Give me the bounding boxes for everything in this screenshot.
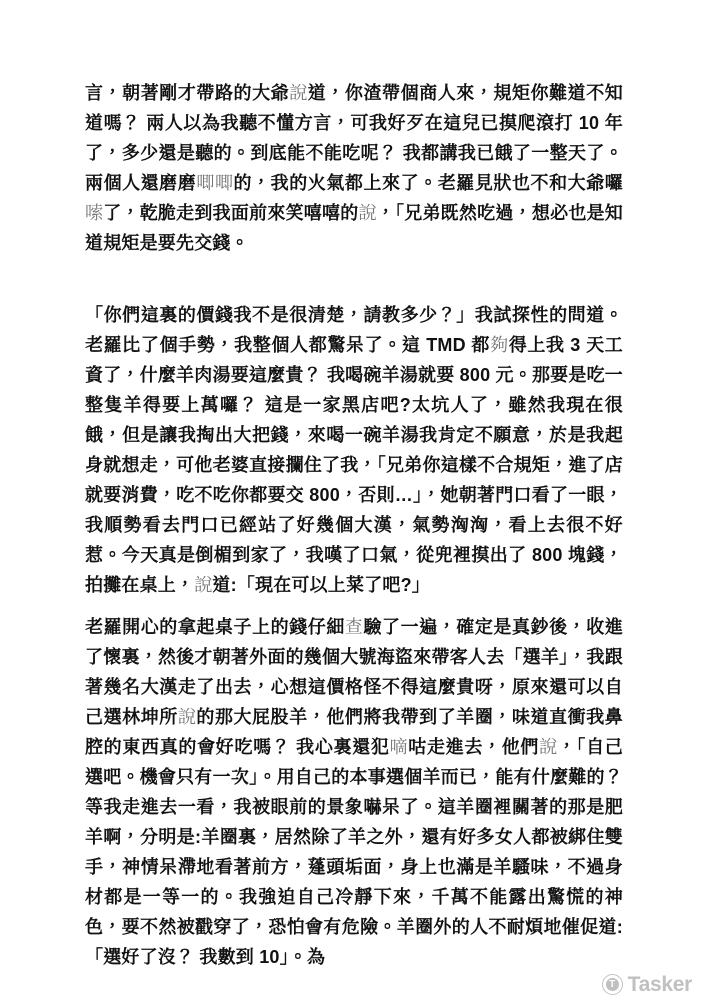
text-segment: 得上我 3 天工資了，什麼羊肉湯要這麼貴？ 我喝碗羊湯就要 800 元。那要是吃… <box>85 335 623 595</box>
text-segment-fallback-font: 說 <box>194 575 212 595</box>
text-segment-fallback-font: 嘀 <box>390 737 409 757</box>
text-segment: 言，朝著剛才帶路的大爺 <box>85 83 289 103</box>
text-segment-fallback-font: 說 <box>178 707 197 727</box>
text-segment: 道:「現在可以上菜了吧?」 <box>212 575 430 595</box>
text-segment: ，「自己選吧。機會只有一次」。用自己的本事選個羊而已，能有什麼難的？ 等我走進去… <box>85 737 623 967</box>
text-segment-fallback-font: 查 <box>345 617 364 637</box>
text-segment: 的，我的火氣都上來了。老羅見狀也不和大爺囉 <box>234 173 623 193</box>
text-segment-fallback-font: 夠 <box>490 335 509 355</box>
paragraph: 「你們這裏的價錢我不是很清楚，請教多少？」我試探性的問道。老羅比了個手勢，我整個… <box>85 300 623 600</box>
text-segment-fallback-font: 唧唧 <box>196 173 233 193</box>
tasker-brand-text: Tasker <box>628 974 692 995</box>
tasker-watermark: T Tasker <box>602 974 692 995</box>
document-page: { "page": { "background": "#ffffff" }, "… <box>0 0 706 1000</box>
text-segment: 了，乾脆走到我面前來笑嘻嘻的 <box>103 203 358 223</box>
text-segment-fallback-font: 嗦 <box>85 203 103 223</box>
text-segment: 咕走進去，他們 <box>408 737 539 757</box>
text-segment-fallback-font: 說 <box>539 737 558 757</box>
tasker-logo-letter: T <box>609 980 615 990</box>
tasker-logo-icon: T <box>602 974 623 995</box>
text-segment: 老羅開心的拿起桌子上的錢仔細 <box>85 617 345 637</box>
text-segment-fallback-font: 說 <box>289 83 308 103</box>
story-text-block: 言，朝著剛才帶路的大爺說道，你渣帶個商人來，規矩你難道不知道嗎？ 兩人以為我聽不… <box>85 78 623 972</box>
paragraph: 老羅開心的拿起桌子上的錢仔細查驗了一遍，確定是真鈔後，收進了懷裏，然後才朝著外面… <box>85 612 623 972</box>
paragraph: 言，朝著剛才帶路的大爺說道，你渣帶個商人來，規矩你難道不知道嗎？ 兩人以為我聽不… <box>85 78 623 258</box>
tasker-logo-badge: T <box>606 978 619 991</box>
text-segment-fallback-font: 說 <box>359 203 377 223</box>
